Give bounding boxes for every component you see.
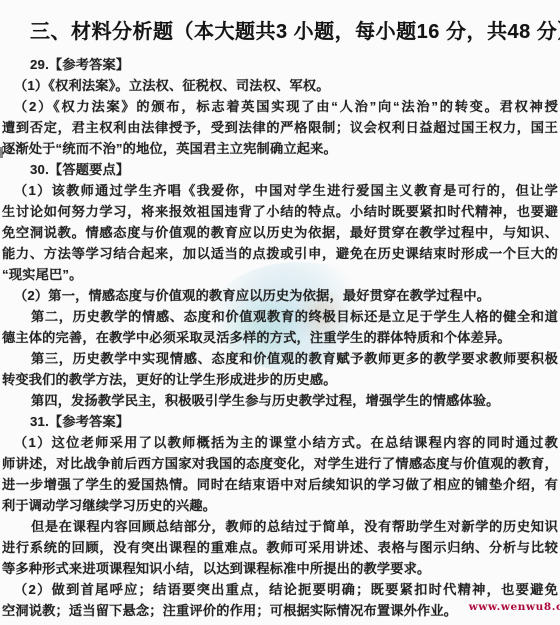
text-line: 第三，历史教学中实现情感、态度和价值观的教育赋予教师更多的教学要求教师要积极 <box>2 348 558 369</box>
answer-31-header: 31.【参考答案】 <box>2 411 558 432</box>
document-page: 三、材料分析题（本大题共3 小题，每小题16 分，共48 分） 29.【参考答案… <box>0 0 560 625</box>
text-line: （1）《权利法案》。立法权、征税权、司法权、军权。 <box>2 75 558 96</box>
text-line: 利于调动学习继续学习历史的兴趣。 <box>2 495 558 516</box>
text-line: （2）第一，情感态度与价值观的教育应以历史为依据，最好贯穿在教学过程中。 <box>2 285 558 306</box>
text-line: （1）该教师通过学生齐唱《我爱你，中国对学生进行爱国主义教育是可行的，但让学 <box>2 180 558 201</box>
text-line: 第二，历史教学的情感、态度和价值观教育的终极目标还是立足于学生人格的健全和道 <box>2 306 558 327</box>
text-line: 生讨论如何努力学习，将来报效祖国违背了小结的特点。小结时既要紧扣时代精神，也要避 <box>2 201 558 222</box>
text-line: 等多种形式来进项课程知识小结，以达到课程标准中所提出的教学要求。 <box>2 558 558 579</box>
text-line: 转变我们的教学方法，更好的让学生形成进步的历史感。 <box>2 369 558 390</box>
site-watermark: www.wenwu8.c <box>469 601 560 613</box>
text-line: （1）这位老师采用了以教师概括为主的课堂小结方式。在总结课程内容的同时通过教 <box>2 432 558 453</box>
answer-30-header: 30.【答题要点】 <box>2 159 558 180</box>
text-line: 遭到否定，君主权利由法律授予，受到法律的严格限制；议会权利日益超过国王权力，国王 <box>2 117 558 138</box>
section-heading: 三、材料分析题（本大题共3 小题，每小题16 分，共48 分） <box>0 15 560 44</box>
text-line: 但是在课程内容回顾总结部分，教师的总结过于简单，没有帮助学生对新学的历史知识 <box>2 516 558 537</box>
text-line: 进行系统的回顾，没有突出课程的重难点。教师可采用讲述、表格与图示归纳、分析与比较 <box>2 537 558 558</box>
answer-text-block: 29.【参考答案】 （1）《权利法案》。立法权、征税权、司法权、军权。 （2）《… <box>2 54 558 621</box>
text-line: 第四，发扬教学民主，积极吸引学生参与历史教学过程，增强学生的情感体验。 <box>2 390 558 411</box>
text-line: 逐渐处于“统而不治”的地位，英国君主立宪制确立起来。 <box>2 138 558 159</box>
text-line: 能力、方法等学习结合起来，加以适当的点拨或引申，避免在历史课结束时形成一个巨大的 <box>2 243 558 264</box>
text-line: 师讲述，对比战争前后西方国家对我国的态度变化，对学生进行了情感态度与价值观的教育… <box>2 453 558 474</box>
text-line: “现实尾巴”。 <box>2 264 558 285</box>
answer-29-header: 29.【参考答案】 <box>2 54 558 75</box>
text-line: （2）做到首尾呼应；结语要突出重点，结论扼要明确；既要紧扣时代精神，也要避免 <box>2 579 558 600</box>
text-line: 德主体的完善，在教学中必须采取灵活多样的方式，注重学生的群体特质和个体差异。 <box>2 327 558 348</box>
text-line: 免空洞说教。情感态度与价值观的教育应以历史为依据，最好贯穿在教学过程中，与知识、 <box>2 222 558 243</box>
text-line: （2）《权力法案》的颁布，标志着英国实现了由“人治”向“法治”的转变。君权神授 <box>2 96 558 117</box>
text-line: 进一步增强了学生的爱国热情。同时在结束语中对后续知识的学习做了相应的铺垫介绍，有 <box>2 474 558 495</box>
